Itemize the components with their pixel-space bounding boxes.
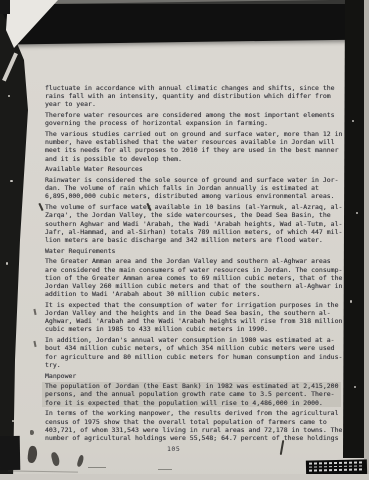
scan-speckle (12, 420, 14, 422)
scan-streak (158, 469, 172, 470)
scan-speckle (352, 120, 354, 122)
scanner-bed-strip (364, 0, 369, 480)
paragraph-main-consumers: The Greater Amman area and the Jordan Va… (45, 257, 347, 298)
paragraph-climatic-fluctuation: fluctuate in accordance with annual clim… (45, 84, 347, 109)
scan-speckle (350, 300, 352, 303)
scan-speckle (354, 386, 356, 388)
scan-speckle (356, 212, 358, 214)
scan-speckle (6, 262, 8, 265)
ink-smudge (27, 445, 38, 463)
label-text-line (309, 468, 364, 471)
ink-smudge (30, 430, 34, 435)
scan-top-band (0, 0, 369, 45)
ink-smudge (50, 451, 60, 466)
scan-speckle (8, 95, 10, 97)
scan-bottom-strip (0, 474, 369, 480)
document-text: fluctuate in accordance with annual clim… (45, 84, 347, 445)
scan-speckle (10, 180, 13, 182)
scan-streak (88, 467, 106, 468)
label-text-line (309, 461, 364, 464)
paragraph-annual-consumption: In addition, Jordan's annual water consu… (45, 336, 347, 369)
paragraph-population-highlighted: The population of Jordan (the East Bank)… (45, 382, 339, 407)
paragraph-agricultural-census: In terms of the working manpower, the re… (45, 409, 347, 442)
scan-top-smudge (40, 0, 369, 4)
paragraph-surface-water-basins: The volume of surface water available in… (45, 203, 347, 244)
scan-bottom-left-patch (0, 436, 20, 470)
heading-available-water-resources: Available Water Resources (45, 165, 347, 173)
pen-mark (38, 203, 43, 211)
heading-manpower: Manpower (45, 372, 347, 380)
pen-mark (33, 341, 36, 347)
paragraph-rainwater: Rainwater is considered the sole source … (45, 176, 347, 201)
heading-water-requirements: Water Requirements (45, 247, 347, 255)
paragraph-water-studies: The various studies carried out on groun… (45, 130, 347, 163)
label-text-line (309, 465, 364, 468)
pen-mark (33, 309, 36, 315)
ink-smudge (76, 455, 84, 468)
paragraph-water-importance: Therefore water resources are considered… (45, 111, 347, 127)
scan-streak (8, 470, 78, 472)
paragraph-irrigation-consumption: It is expected that the consumption of w… (45, 301, 347, 334)
scan-corner-patch (0, 0, 10, 14)
scanned-page: fluctuate in accordance with annual clim… (0, 0, 369, 480)
page-number: 105 (167, 445, 180, 453)
